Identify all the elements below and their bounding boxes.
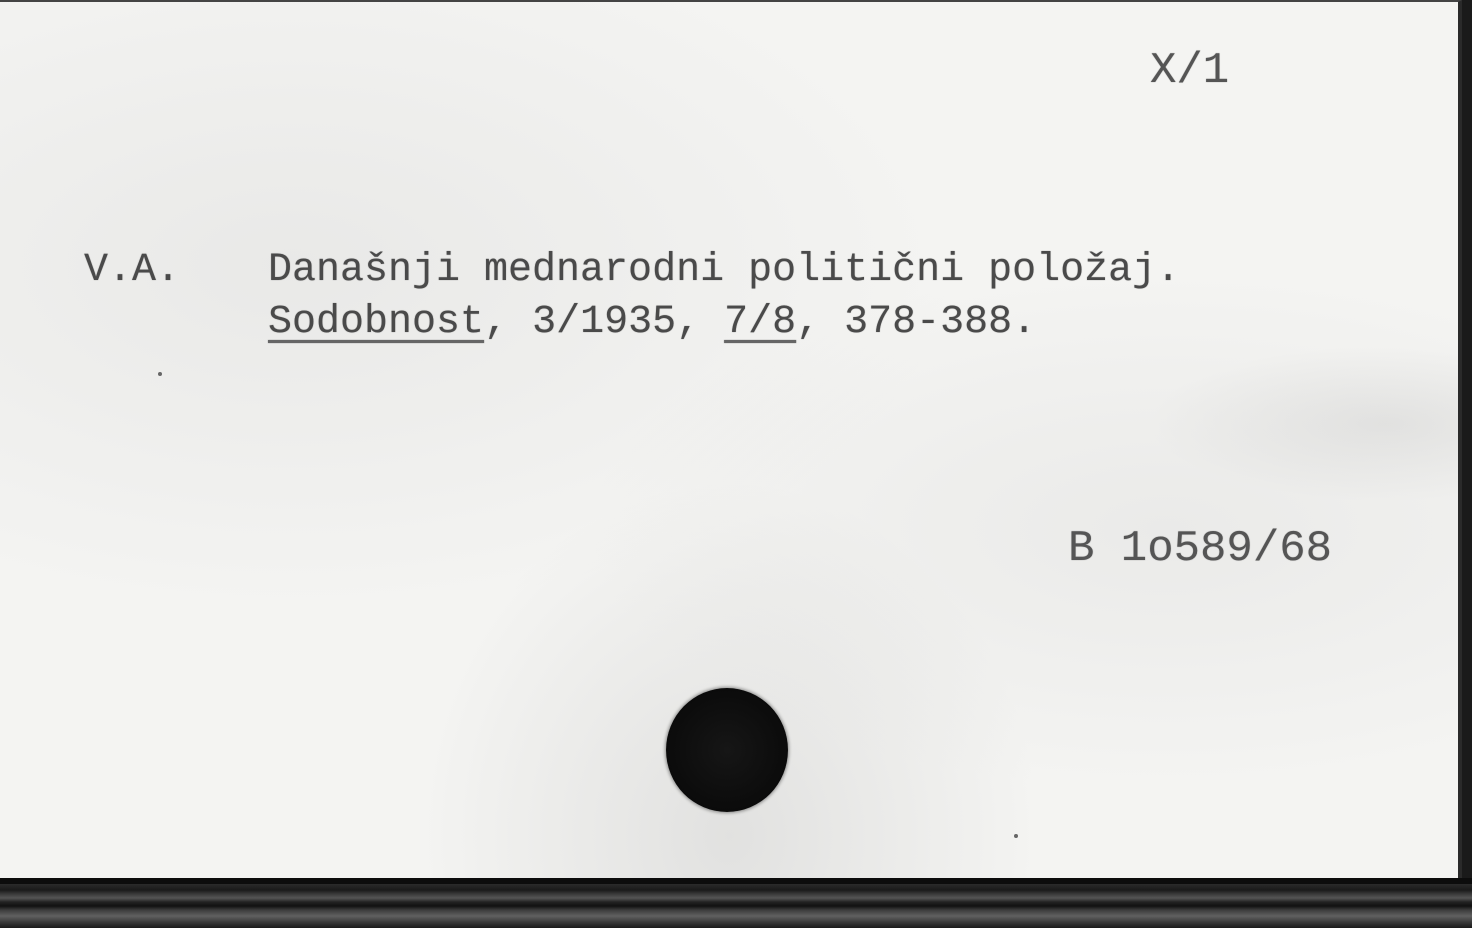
separator: , (796, 300, 844, 345)
stray-mark (1014, 834, 1018, 838)
author: V.A. (84, 248, 180, 293)
separator: , (484, 300, 532, 345)
source-citation: Sodobnost, 3/1935, 7/8, 378-388. (268, 300, 1036, 345)
stray-mark (158, 372, 162, 376)
issue-year: 3/1935 (532, 300, 676, 345)
shelfmark: B 1o589/68 (1068, 524, 1332, 574)
separator: , (676, 300, 724, 345)
punch-hole (666, 688, 788, 812)
catalog-card: X/1 V.A. Današnji mednarodni politični p… (0, 0, 1462, 880)
scanner-edge (0, 878, 1472, 928)
call-number: X/1 (1150, 46, 1229, 96)
journal-name: Sodobnost (268, 300, 484, 345)
issue-number: 7/8 (724, 300, 796, 345)
page-range: 378-388. (844, 300, 1036, 345)
article-title: Današnji mednarodni politični položaj. (268, 248, 1180, 293)
